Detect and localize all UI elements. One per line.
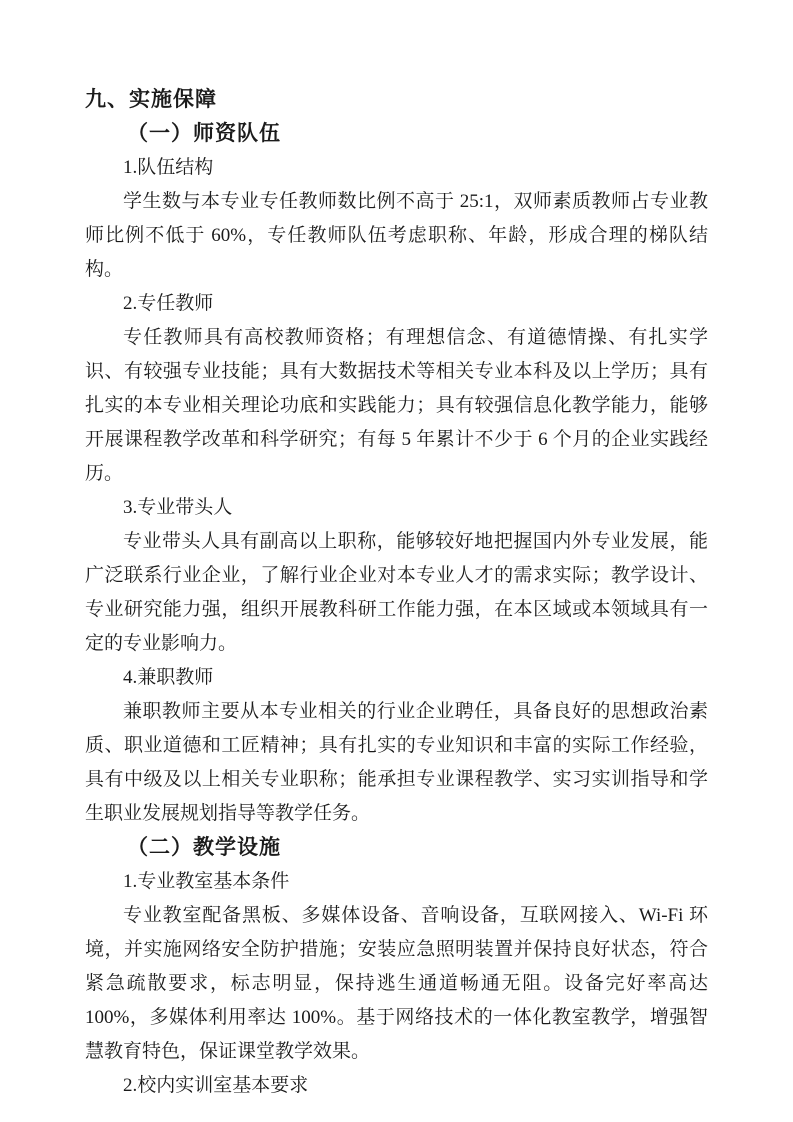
paragraph-classroom-conditions: 专业教室配备黑板、多媒体设备、音响设备，互联网接入、Wi-Fi 环境，并实施网络… <box>85 899 708 1069</box>
paragraph-team-structure: 学生数与本专业专任教师数比例不高于 25:1，双师素质教师占专业教师比例不低于 … <box>85 185 708 287</box>
document-body: 九、实施保障 （一）师资队伍 1.队伍结构 学生数与本专业专任教师数比例不高于 … <box>85 83 708 1103</box>
paragraph-program-leader: 专业带头人具有副高以上职称，能够较好地把握国内外专业发展，能广泛联系行业企业，了… <box>85 525 708 661</box>
paragraph-parttime-teachers: 兼职教师主要从本专业相关的行业企业聘任，具备良好的思想政治素质、职业道德和工匠精… <box>85 695 708 831</box>
subsection-heading-teaching-facilities: （二）教学设施 <box>85 831 708 865</box>
item-heading-parttime-teachers: 4.兼职教师 <box>85 661 708 695</box>
document-page: 九、实施保障 （一）师资队伍 1.队伍结构 学生数与本专业专任教师数比例不高于 … <box>0 0 793 1122</box>
item-heading-fulltime-teachers: 2.专任教师 <box>85 287 708 321</box>
item-heading-classroom-conditions: 1.专业教室基本条件 <box>85 865 708 899</box>
item-heading-program-leader: 3.专业带头人 <box>85 491 708 525</box>
item-heading-team-structure: 1.队伍结构 <box>85 151 708 185</box>
paragraph-fulltime-teachers: 专任教师具有高校教师资格；有理想信念、有道德情操、有扎实学识、有较强专业技能；具… <box>85 321 708 491</box>
section-heading-implementation-guarantee: 九、实施保障 <box>85 83 708 117</box>
item-heading-campus-training-room: 2.校内实训室基本要求 <box>85 1069 708 1103</box>
subsection-heading-teaching-staff: （一）师资队伍 <box>85 117 708 151</box>
